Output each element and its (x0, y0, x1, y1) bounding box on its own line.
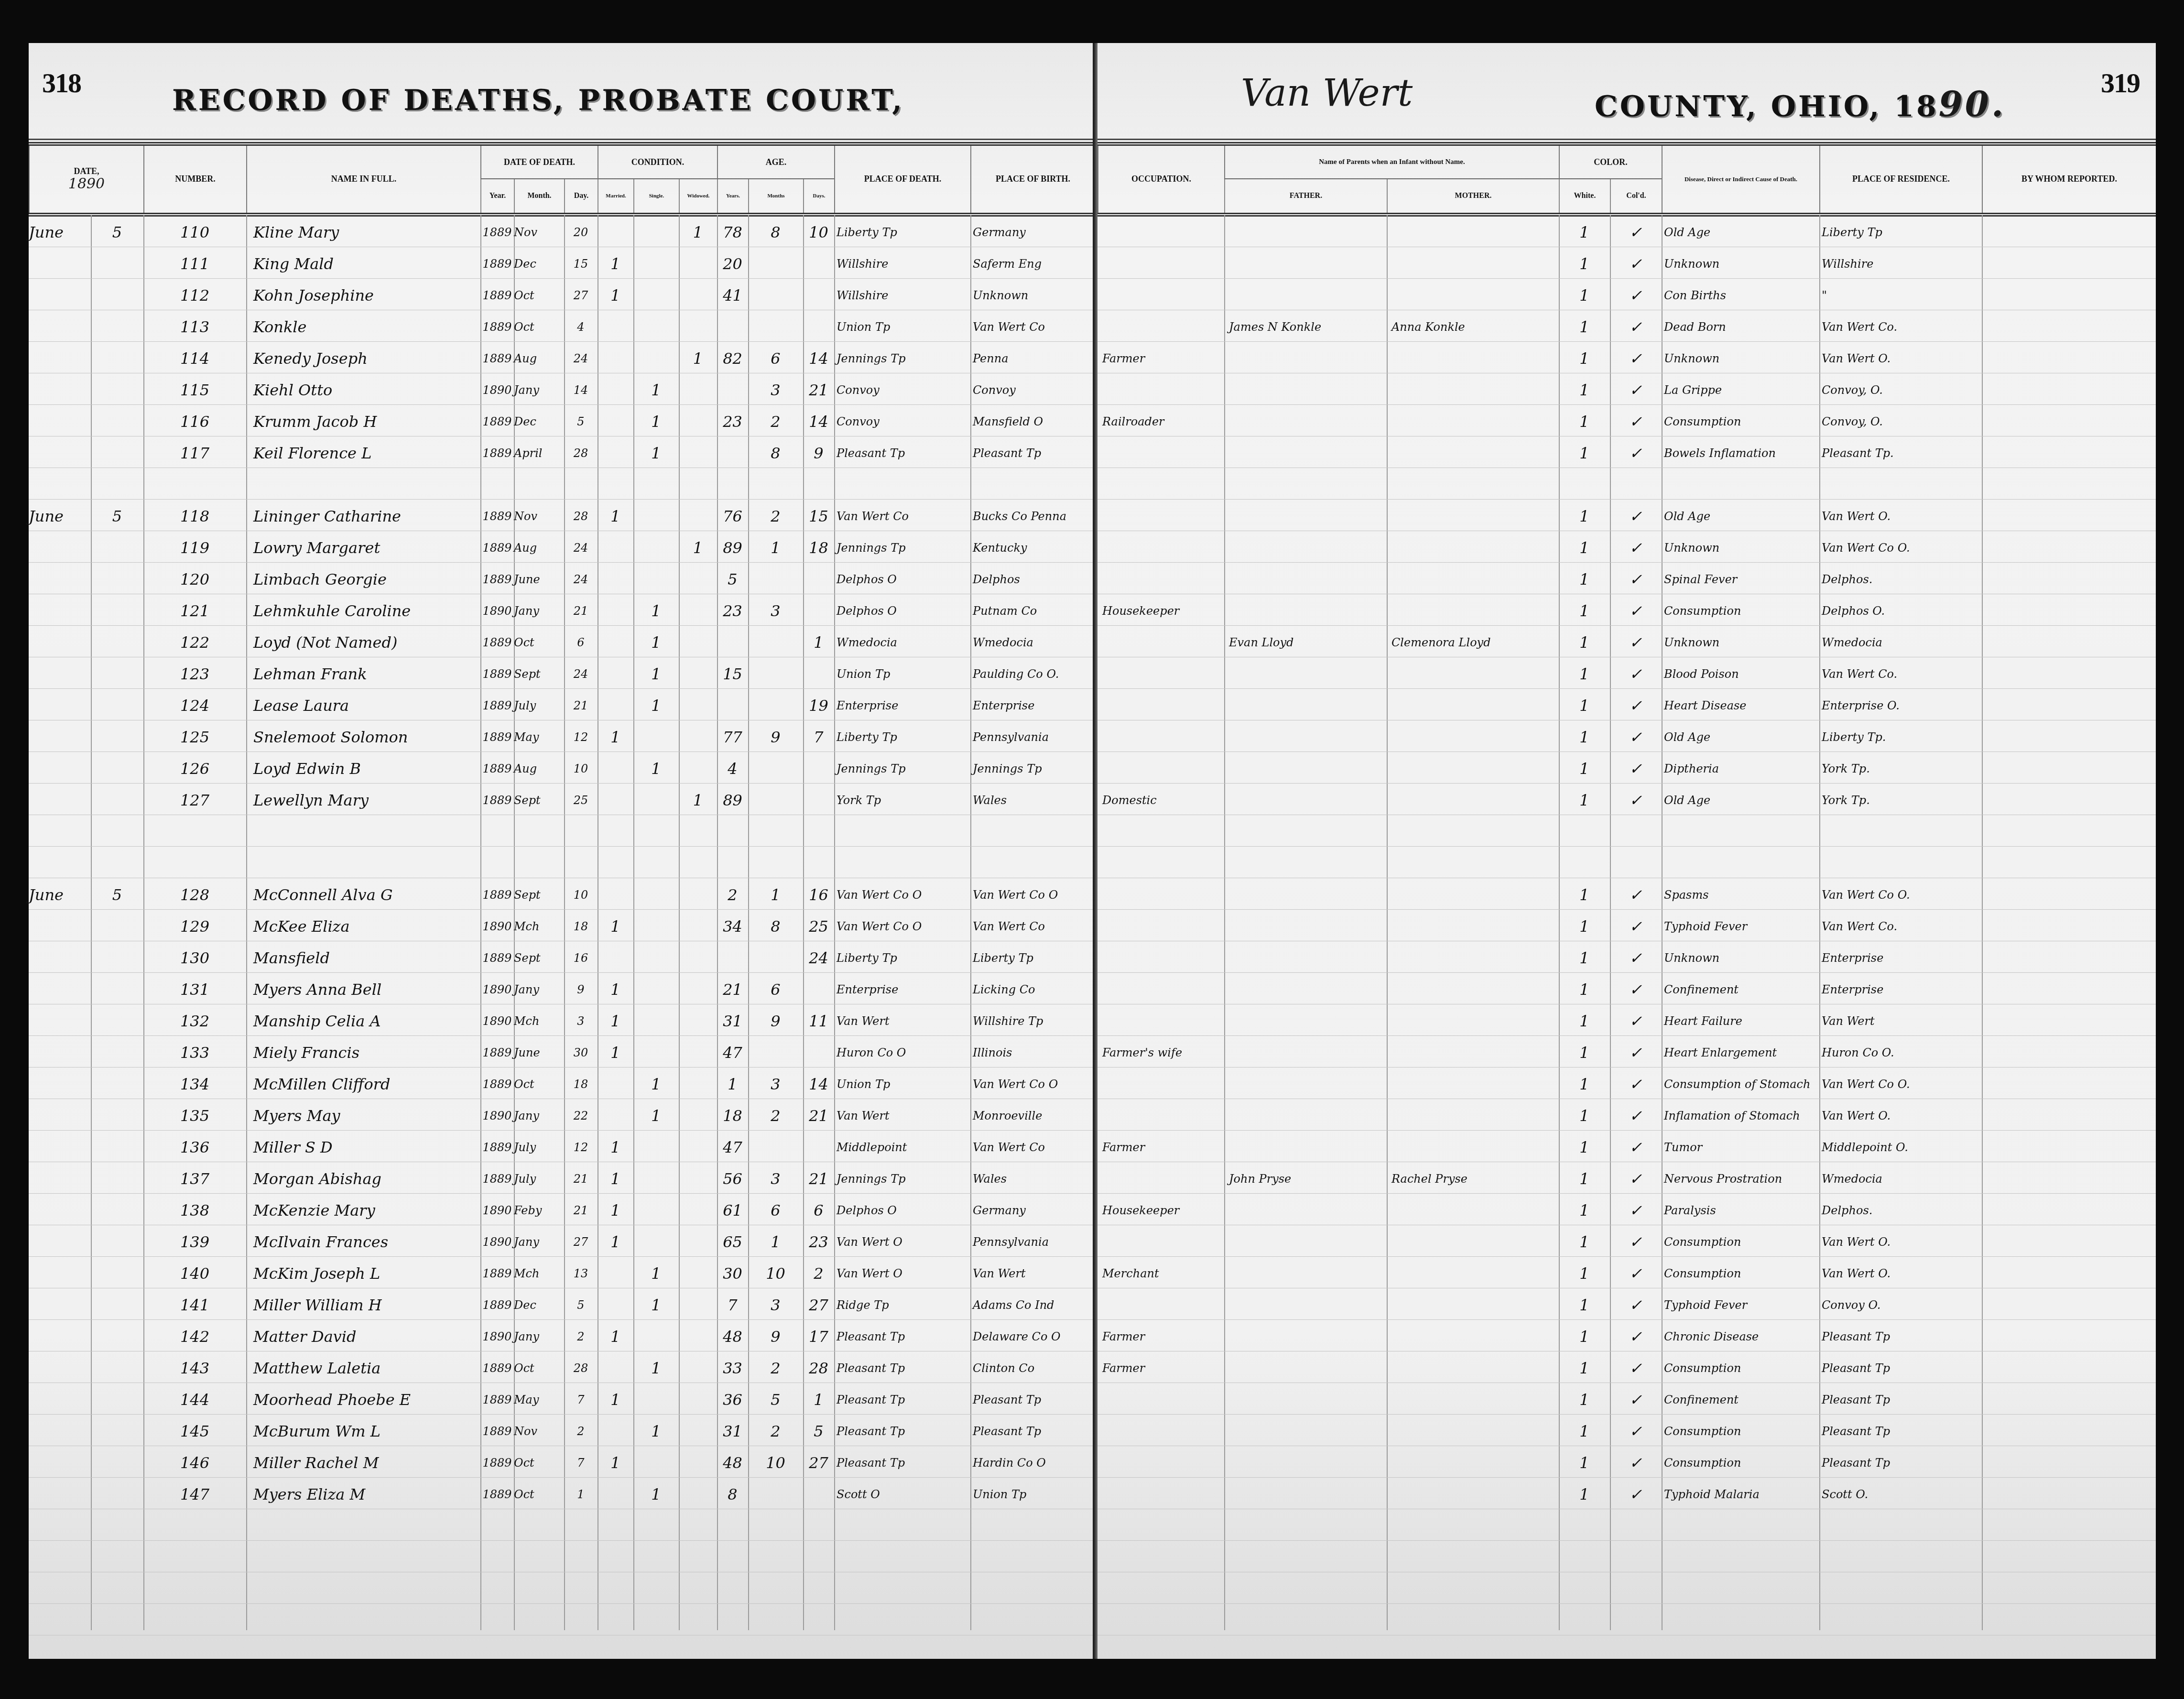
cell-age-d (803, 755, 834, 782)
cell-father (1229, 219, 1387, 246)
ruled-line (29, 815, 1093, 815)
cell-colored: ✓ (1610, 1229, 1662, 1255)
cell-month: Nov (514, 503, 564, 530)
cell-age-y: 89 (717, 787, 748, 814)
cell-year: 1889 (480, 1039, 514, 1066)
cell-dday: 24 (564, 534, 598, 561)
cell-occupation (1102, 1481, 1224, 1508)
record-row: 133Miely Francis1889June30147Huron Co OI… (29, 1035, 1093, 1067)
cell-cause: Heart Disease (1664, 692, 1819, 719)
cell-age-m: 10 (748, 1260, 803, 1287)
cell-dday: 21 (564, 598, 598, 624)
cell-death-place: Van Wert Co O (837, 882, 970, 908)
cell-white: 1 (1559, 913, 1610, 940)
cell-birth-place: Delaware Co O (973, 1323, 1095, 1350)
date-year-hand: 1890 (68, 176, 105, 192)
cell-age-m: 8 (748, 219, 803, 246)
record-row: 1✓Blood PoisonVan Wert Co. (1097, 657, 2156, 688)
cell-married (598, 945, 633, 971)
cell-birth-place: Willshire Tp (973, 1008, 1095, 1035)
cell-birth-place: Pleasant Tp (973, 1386, 1095, 1413)
cell-colored: ✓ (1610, 1039, 1662, 1066)
cell-year: 1889 (480, 1292, 514, 1318)
record-row: James N KonkleAnna Konkle1✓Dead BornVan … (1097, 310, 2156, 341)
record-row: 113Konkle1889Oct4Union TpVan Wert Co (29, 310, 1093, 341)
cell-age-d (803, 314, 834, 340)
record-row: 1✓Old AgeVan Wert O. (1097, 499, 2156, 531)
cell-single (633, 219, 679, 246)
cell-year: 1889 (480, 408, 514, 435)
cell-widowed (679, 314, 717, 340)
cell-married (598, 1355, 633, 1382)
cell-residence: " (1822, 282, 1982, 309)
cell-married: 1 (598, 1323, 633, 1350)
cell-residence: Van Wert O. (1822, 503, 1982, 530)
cell-age-m (748, 314, 803, 340)
cell-dday: 22 (564, 1102, 598, 1129)
cell-age-m (748, 1039, 803, 1066)
cell-father (1229, 1102, 1387, 1129)
cell-name: Matter David (253, 1323, 483, 1350)
cell-married (598, 314, 633, 340)
cell-single: 1 (633, 755, 679, 782)
cell-age-y: 33 (717, 1355, 748, 1382)
cell-residence: Delphos. (1822, 566, 1982, 593)
cell-white: 1 (1559, 629, 1610, 656)
cell-month: July (514, 1165, 564, 1192)
cell-age-d: 18 (803, 534, 834, 561)
cell-cause: Consumption (1664, 1260, 1819, 1287)
ruled-line (1097, 1635, 2156, 1635)
cell-white: 1 (1559, 1039, 1610, 1066)
cell-residence: Enterprise (1822, 945, 1982, 971)
cell-single (633, 1449, 679, 1476)
header-colored: Col'd. (1610, 179, 1662, 213)
cell-birth-place: Illinois (973, 1039, 1095, 1066)
cell-year: 1889 (480, 1386, 514, 1413)
cell-day (91, 724, 143, 751)
cell-cause: Heart Failure (1664, 1008, 1819, 1035)
cell-birth-place: Wales (973, 787, 1095, 814)
cell-age-d: 6 (803, 1197, 834, 1224)
cell-year: 1889 (480, 692, 514, 719)
cell-residence: Van Wert Co O. (1822, 534, 1982, 561)
cell-name: McIlvain Frances (253, 1229, 483, 1255)
cell-occupation (1102, 1386, 1224, 1413)
cell-age-d (803, 787, 834, 814)
cell-father (1229, 1323, 1387, 1350)
cell-day: 5 (91, 503, 143, 530)
record-row: 1✓Consumption of StomachVan Wert Co O. (1097, 1067, 2156, 1099)
cell-colored: ✓ (1610, 534, 1662, 561)
record-row: 134McMillen Clifford1889Oct1811314Union … (29, 1067, 1093, 1099)
header-dod-year: Year. (480, 179, 514, 213)
page-title-right: COUNTY, OHIO, 1890. (1595, 84, 2006, 124)
cell-date (29, 1481, 91, 1508)
cell-number: 119 (143, 534, 246, 561)
cell-occupation (1102, 566, 1224, 593)
cell-death-place: Van Wert (837, 1008, 970, 1035)
cell-white: 1 (1559, 534, 1610, 561)
cell-day (91, 345, 143, 372)
record-row: 111King Mald1889Dec15120WillshireSaferm … (29, 247, 1093, 278)
cell-birth-place: Saferm Eng (973, 250, 1095, 277)
cell-occupation (1102, 1071, 1224, 1098)
cell-year: 1890 (480, 377, 514, 403)
cell-cause: Con Births (1664, 282, 1819, 309)
record-row: Housekeeper1✓ConsumptionDelphos O. (1097, 594, 2156, 625)
cell-white: 1 (1559, 1229, 1610, 1255)
cell-cause: Consumption (1664, 1449, 1819, 1476)
cell-white: 1 (1559, 755, 1610, 782)
cell-single: 1 (633, 1102, 679, 1129)
cell-day (91, 692, 143, 719)
cell-widowed (679, 440, 717, 467)
cell-day (91, 913, 143, 940)
cell-day (91, 1197, 143, 1224)
cell-age-m: 8 (748, 440, 803, 467)
cell-name: Keil Florence L (253, 440, 483, 467)
cell-death-place: Willshire (837, 250, 970, 277)
cell-colored: ✓ (1610, 219, 1662, 246)
cell-colored: ✓ (1610, 724, 1662, 751)
cell-month: Oct (514, 282, 564, 309)
cell-death-place: Enterprise (837, 976, 970, 1003)
record-row: 129McKee Eliza1890Mch18134825Van Wert Co… (29, 909, 1093, 941)
cell-age-d (803, 661, 834, 687)
cell-widowed (679, 755, 717, 782)
cell-widowed (679, 945, 717, 971)
cell-year: 1890 (480, 1197, 514, 1224)
cell-age-y: 48 (717, 1323, 748, 1350)
cell-dday: 24 (564, 345, 598, 372)
cell-day (91, 250, 143, 277)
cell-death-place: Van Wert (837, 1102, 970, 1129)
cell-death-place: Van Wert Co O (837, 913, 970, 940)
cell-residence: Scott O. (1822, 1481, 1982, 1508)
cell-age-d (803, 598, 834, 624)
cell-name: Myers Anna Bell (253, 976, 483, 1003)
cell-occupation (1102, 913, 1224, 940)
cell-day (91, 1481, 143, 1508)
cell-day (91, 976, 143, 1003)
cell-mother (1391, 345, 1559, 372)
cell-occupation (1102, 314, 1224, 340)
cell-age-y (717, 314, 748, 340)
cell-colored: ✓ (1610, 692, 1662, 719)
cell-white: 1 (1559, 219, 1610, 246)
cell-date (29, 566, 91, 593)
cell-death-place: Ridge Tp (837, 1292, 970, 1318)
cell-colored: ✓ (1610, 1071, 1662, 1098)
cell-birth-place: Bucks Co Penna (973, 503, 1095, 530)
cell-month: May (514, 724, 564, 751)
cell-residence: Pleasant Tp (1822, 1386, 1982, 1413)
cell-date (29, 440, 91, 467)
cell-occupation: Farmer (1102, 1134, 1224, 1161)
cell-month: Oct (514, 1481, 564, 1508)
cell-dday: 28 (564, 503, 598, 530)
cell-white: 1 (1559, 503, 1610, 530)
record-row: 1✓DiptheriaYork Tp. (1097, 751, 2156, 783)
cell-year: 1889 (480, 1134, 514, 1161)
cell-widowed (679, 1418, 717, 1445)
cell-cause: Consumption (1664, 1355, 1819, 1382)
cell-dday: 18 (564, 1071, 598, 1098)
cell-age-m: 2 (748, 503, 803, 530)
cell-occupation: Railroader (1102, 408, 1224, 435)
cell-single (633, 787, 679, 814)
cell-white: 1 (1559, 440, 1610, 467)
cell-day (91, 282, 143, 309)
left-page: 318 RECORD OF DEATHS, PROBATE COURT, DAT… (29, 43, 1095, 1659)
cell-white: 1 (1559, 598, 1610, 624)
column-header-left: DATE, 1890 NUMBER. NAME IN FULL. DATE OF… (29, 146, 1093, 213)
cell-date (29, 913, 91, 940)
cell-mother (1391, 1386, 1559, 1413)
cell-single (633, 976, 679, 1003)
cell-mother (1391, 1229, 1559, 1255)
cell-age-y: 23 (717, 408, 748, 435)
record-row: 142Matter David1890Jany2148917Pleasant T… (29, 1319, 1093, 1351)
cell-single (633, 1165, 679, 1192)
cell-cause: Heart Enlargement (1664, 1039, 1819, 1066)
cell-name: Kenedy Joseph (253, 345, 483, 372)
cell-mother (1391, 1039, 1559, 1066)
cell-married: 1 (598, 1449, 633, 1476)
cell-white: 1 (1559, 566, 1610, 593)
cell-widowed (679, 1449, 717, 1476)
cell-dday: 15 (564, 250, 598, 277)
header-cause: Disease, Direct or Indirect Cause of Dea… (1662, 146, 1819, 213)
cell-occupation (1102, 1102, 1224, 1129)
cell-day (91, 755, 143, 782)
cell-dday: 10 (564, 755, 598, 782)
cell-date (29, 377, 91, 403)
cell-father (1229, 692, 1387, 719)
cell-white: 1 (1559, 1323, 1610, 1350)
cell-birth-place: Wales (973, 1165, 1095, 1192)
cell-date (29, 661, 91, 687)
ruled-line (1097, 1540, 2156, 1541)
cell-death-place: Willshire (837, 282, 970, 309)
cell-birth-place: Van Wert Co (973, 1134, 1095, 1161)
header-name: NAME IN FULL. (246, 146, 480, 213)
record-row: 116Krumm Jacob H1889Dec5123214ConvoyMans… (29, 404, 1093, 436)
cell-day: 5 (91, 219, 143, 246)
header-date-of-death: DATE OF DEATH. (480, 146, 598, 179)
cell-number: 146 (143, 1449, 246, 1476)
cell-colored: ✓ (1610, 1386, 1662, 1413)
cell-cause: La Grippe (1664, 377, 1819, 403)
cell-number: 131 (143, 976, 246, 1003)
cell-occupation: Merchant (1102, 1260, 1224, 1287)
record-row: 1✓Con Births" (1097, 278, 2156, 310)
cell-age-m (748, 250, 803, 277)
cell-widowed (679, 1355, 717, 1382)
cell-father (1229, 945, 1387, 971)
cell-date (29, 598, 91, 624)
cell-dday: 21 (564, 1197, 598, 1224)
cell-dday: 7 (564, 1449, 598, 1476)
cell-year: 1889 (480, 629, 514, 656)
cell-residence: Liberty Tp (1822, 219, 1982, 246)
cell-father (1229, 1071, 1387, 1098)
cell-cause: Chronic Disease (1664, 1323, 1819, 1350)
cell-occupation (1102, 1008, 1224, 1035)
cell-birth-place: Van Wert Co O (973, 882, 1095, 908)
cell-month: Mch (514, 1260, 564, 1287)
cell-married (598, 661, 633, 687)
cell-date (29, 314, 91, 340)
cell-number: 112 (143, 282, 246, 309)
cell-month: May (514, 1386, 564, 1413)
cell-day (91, 598, 143, 624)
cell-widowed (679, 377, 717, 403)
record-row: 1✓Typhoid MalariaScott O. (1097, 1477, 2156, 1509)
cell-death-place: York Tp (837, 787, 970, 814)
cell-widowed: 1 (679, 787, 717, 814)
record-row: 1✓Inflamation of StomachVan Wert O. (1097, 1099, 2156, 1130)
cell-mother (1391, 219, 1559, 246)
cell-father (1229, 345, 1387, 372)
cell-dday: 27 (564, 282, 598, 309)
cell-year: 1889 (480, 787, 514, 814)
cell-year: 1890 (480, 913, 514, 940)
cell-number: 111 (143, 250, 246, 277)
record-row: 127Lewellyn Mary1889Sept25189York TpWale… (29, 783, 1093, 815)
cell-white: 1 (1559, 724, 1610, 751)
cell-age-y: 82 (717, 345, 748, 372)
right-page: Van Wert COUNTY, OHIO, 1890. 319 OCCUPAT… (1097, 43, 2156, 1659)
cell-month: Feby (514, 1197, 564, 1224)
cell-widowed (679, 661, 717, 687)
record-row: 139McIlvain Frances1890Jany27165123Van W… (29, 1225, 1093, 1256)
cell-age-d: 21 (803, 1165, 834, 1192)
cell-cause: Confinement (1664, 976, 1819, 1003)
cell-age-m: 2 (748, 1102, 803, 1129)
cell-white: 1 (1559, 945, 1610, 971)
cell-year: 1889 (480, 724, 514, 751)
record-row: 1✓Old AgeLiberty Tp (1097, 215, 2156, 247)
cell-widowed (679, 282, 717, 309)
cell-dday: 6 (564, 629, 598, 656)
cell-married: 1 (598, 250, 633, 277)
record-row: 132Manship Celia A1890Mch3131911Van Wert… (29, 1004, 1093, 1035)
cell-white: 1 (1559, 1165, 1610, 1192)
record-row: Evan LloydClemenora Lloyd1✓UnknownWmedoc… (1097, 625, 2156, 657)
cell-white: 1 (1559, 1481, 1610, 1508)
cell-cause: Unknown (1664, 629, 1819, 656)
cell-mother (1391, 976, 1559, 1003)
cell-age-m: 2 (748, 1355, 803, 1382)
header-mother: MOTHER. (1387, 179, 1559, 213)
cell-single: 1 (633, 440, 679, 467)
cell-age-d: 14 (803, 1071, 834, 1098)
cell-colored: ✓ (1610, 345, 1662, 372)
cell-birth-place: Unknown (973, 282, 1095, 309)
header-date: DATE, 1890 (29, 146, 143, 213)
header-dod-day: Day. (564, 179, 598, 213)
cell-occupation (1102, 945, 1224, 971)
cell-name: Myers Eliza M (253, 1481, 483, 1508)
cell-date (29, 1229, 91, 1255)
cell-cause: Unknown (1664, 945, 1819, 971)
cell-name: King Mald (253, 250, 483, 277)
cell-name: Miely Francis (253, 1039, 483, 1066)
cell-widowed (679, 976, 717, 1003)
cell-single (633, 566, 679, 593)
cell-mother (1391, 724, 1559, 751)
cell-age-m (748, 629, 803, 656)
cell-year: 1889 (480, 945, 514, 971)
cell-white: 1 (1559, 314, 1610, 340)
cell-colored: ✓ (1610, 1260, 1662, 1287)
cell-death-place: Union Tp (837, 314, 970, 340)
cell-age-y: 5 (717, 566, 748, 593)
cell-colored: ✓ (1610, 1355, 1662, 1382)
record-row: 119Lowry Margaret1889Aug24189118Jennings… (29, 531, 1093, 562)
cell-mother (1391, 598, 1559, 624)
cell-single (633, 913, 679, 940)
cell-month: Jany (514, 976, 564, 1003)
cell-cause: Unknown (1664, 534, 1819, 561)
cell-month: July (514, 1134, 564, 1161)
cell-dday: 24 (564, 661, 598, 687)
cell-white: 1 (1559, 1102, 1610, 1129)
cell-single (633, 724, 679, 751)
cell-death-place: Scott O (837, 1481, 970, 1508)
cell-mother (1391, 1102, 1559, 1129)
cell-white: 1 (1559, 1260, 1610, 1287)
cell-single (633, 1039, 679, 1066)
cell-number: 121 (143, 598, 246, 624)
cell-age-d: 10 (803, 219, 834, 246)
cell-father (1229, 1418, 1387, 1445)
cell-death-place: Van Wert O (837, 1260, 970, 1287)
cell-number: 116 (143, 408, 246, 435)
cell-cause: Nervous Prostration (1664, 1165, 1819, 1192)
cell-month: Oct (514, 314, 564, 340)
cell-cause: Consumption (1664, 408, 1819, 435)
cell-married (598, 692, 633, 719)
cell-name: Lease Laura (253, 692, 483, 719)
cell-occupation: Farmer's wife (1102, 1039, 1224, 1066)
cell-age-y: 21 (717, 976, 748, 1003)
cell-death-place: Pleasant Tp (837, 440, 970, 467)
cell-birth-place: Kentucky (973, 534, 1095, 561)
header-father: FATHER. (1224, 179, 1387, 213)
cell-colored: ✓ (1610, 598, 1662, 624)
cell-birth-place: Van Wert (973, 1260, 1095, 1287)
cell-occupation (1102, 724, 1224, 751)
cell-married: 1 (598, 503, 633, 530)
cell-father (1229, 661, 1387, 687)
cell-single: 1 (633, 692, 679, 719)
column-header-right: OCCUPATION. Name of Parents when an Infa… (1097, 146, 2156, 213)
cell-residence: Enterprise O. (1822, 692, 1982, 719)
cell-death-place: Union Tp (837, 661, 970, 687)
cell-colored: ✓ (1610, 755, 1662, 782)
cell-colored: ✓ (1610, 945, 1662, 971)
cell-death-place: Pleasant Tp (837, 1355, 970, 1382)
cell-age-d: 7 (803, 724, 834, 751)
cell-single: 1 (633, 598, 679, 624)
cell-cause: Old Age (1664, 724, 1819, 751)
cell-age-m: 1 (748, 534, 803, 561)
cell-widowed (679, 1481, 717, 1508)
cell-widowed (679, 1102, 717, 1129)
